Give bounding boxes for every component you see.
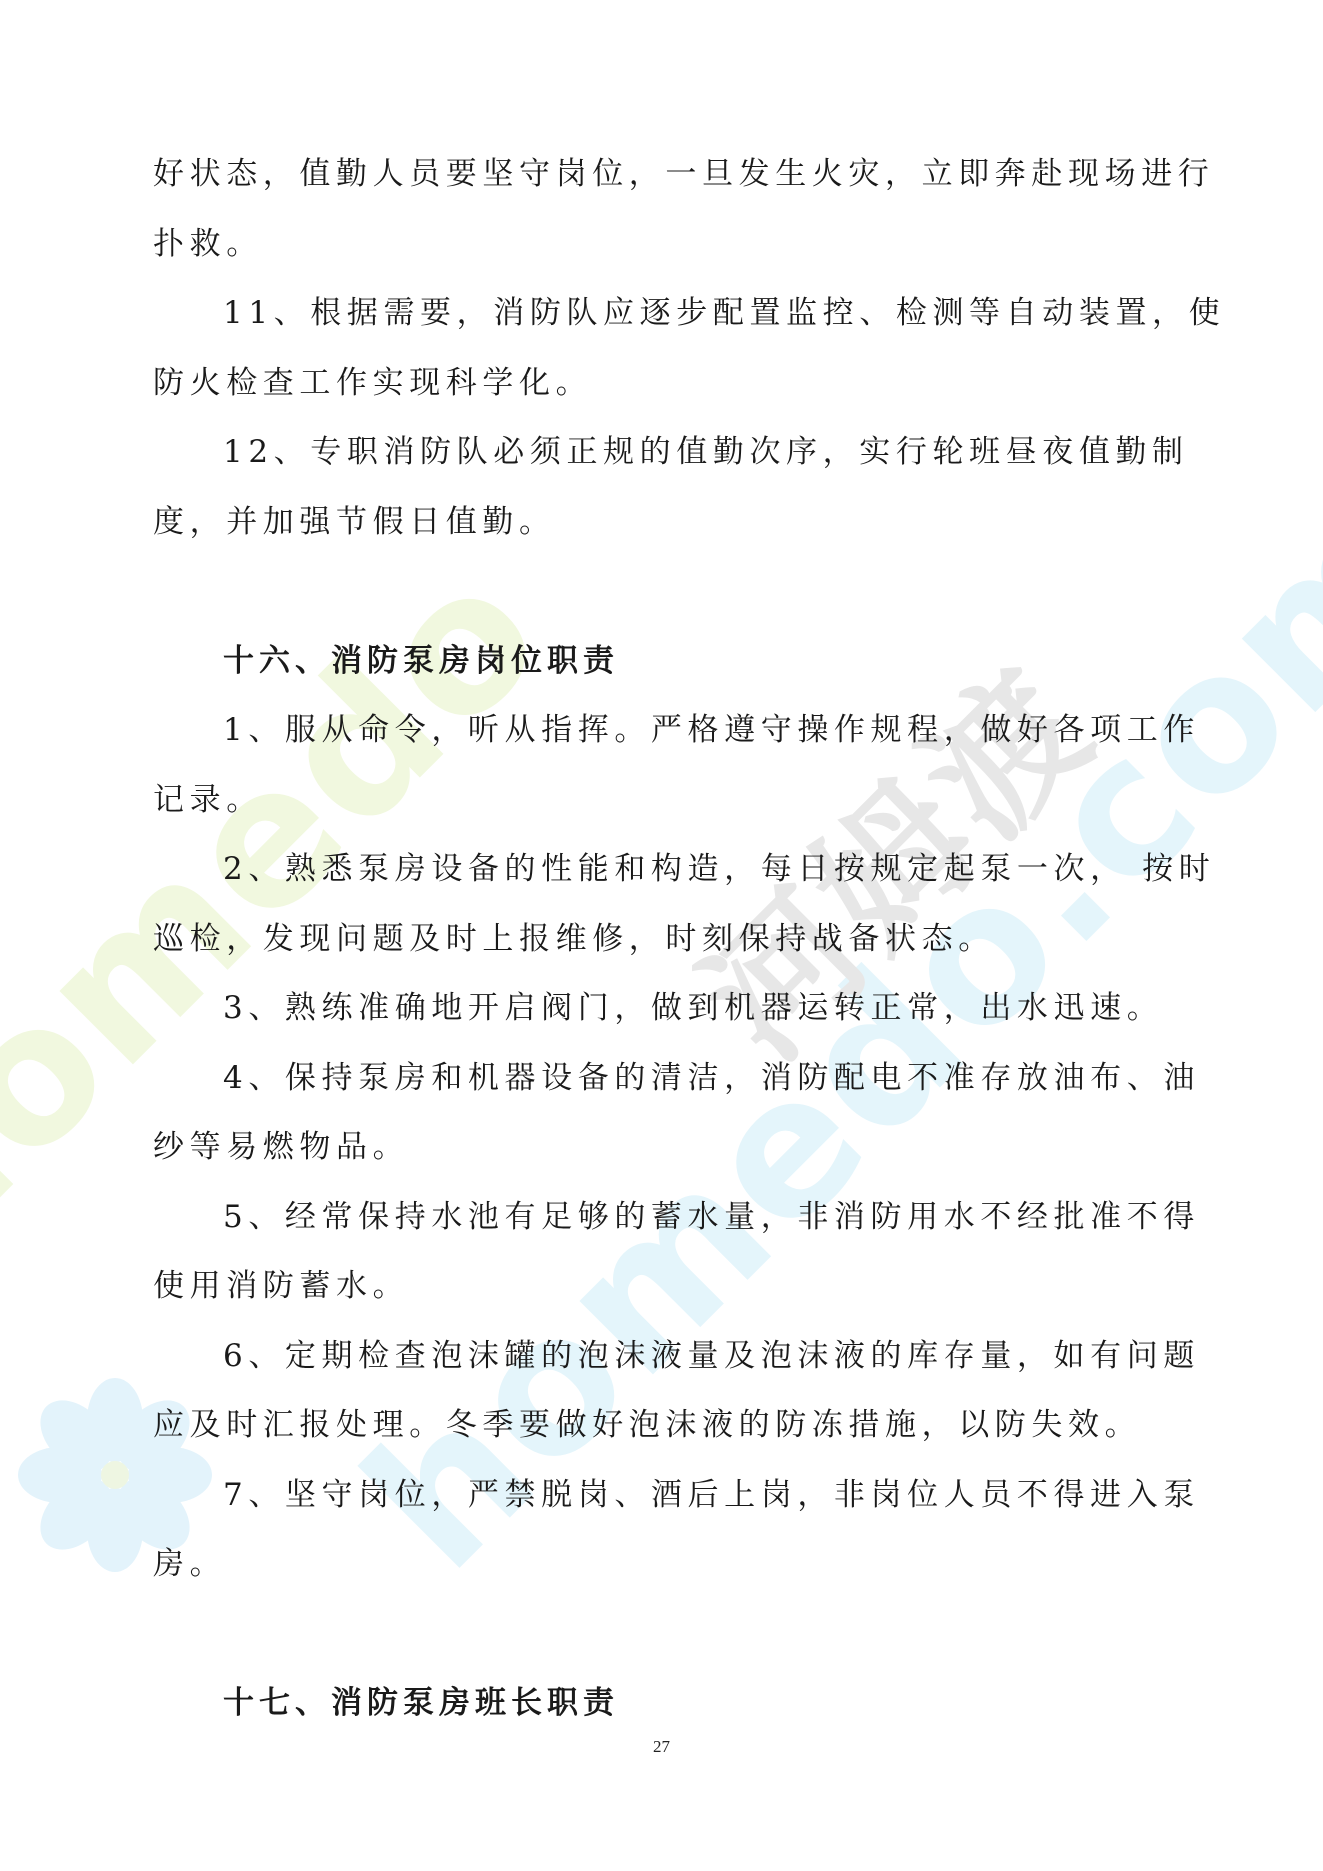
list-item-5-line-2: 使用消防蓄水。 <box>153 1266 409 1306</box>
list-item-11-line-1: 11、根据需要，消防队应逐步配置监控、检测等自动装置，使 <box>223 293 1225 333</box>
list-item-7-line-2: 房。 <box>153 1544 226 1584</box>
list-item-2-line-1: 2、熟悉泵房设备的性能和构造，每日按规定起泵一次， 按时 <box>223 849 1215 889</box>
page-number: 27 <box>0 1737 1323 1757</box>
list-item-5-line-1: 5、经常保持水池有足够的蓄水量，非消防用水不经批准不得 <box>223 1197 1200 1237</box>
list-item-6-line-1: 6、定期检查泡沫罐的泡沫液量及泡沫液的库存量，如有问题 <box>223 1336 1200 1376</box>
paragraph-line: 扑救。 <box>153 224 263 264</box>
list-item-7-line-1: 7、坚守岗位，严禁脱岗、酒后上岗，非岗位人员不得进入泵 <box>223 1475 1200 1515</box>
paragraph-line: 好状态，值勤人员要坚守岗位，一旦发生火灾，立即奔赴现场进行 <box>153 154 1214 194</box>
list-item-2-line-2: 巡检，发现问题及时上报维修，时刻保持战备状态。 <box>153 919 995 959</box>
list-item-11-line-2: 防火检查工作实现科学化。 <box>153 363 592 403</box>
section-heading-16: 十六、消防泵房岗位职责 <box>223 641 619 681</box>
section-heading-17: 十七、消防泵房班长职责 <box>223 1683 619 1723</box>
list-item-4-line-2: 纱等易燃物品。 <box>153 1127 409 1167</box>
document-page: 好状态，值勤人员要坚守岗位，一旦发生火灾，立即奔赴现场进行 扑救。 11、根据需… <box>0 0 1323 1871</box>
list-item-6-line-2: 应及时汇报处理。冬季要做好泡沫液的防冻措施，以防失效。 <box>153 1405 1141 1445</box>
list-item-12-line-1: 12、专职消防队必须正规的值勤次序，实行轮班昼夜值勤制 <box>223 432 1189 472</box>
list-item-1-line-1: 1、服从命令，听从指挥。严格遵守操作规程，做好各项工作 <box>223 710 1200 750</box>
list-item-1-line-2: 记录。 <box>153 780 263 820</box>
list-item-3-line-1: 3、熟练准确地开启阀门，做到机器运转正常，出水迅速。 <box>223 988 1163 1028</box>
list-item-12-line-2: 度，并加强节假日值勤。 <box>153 502 556 542</box>
list-item-4-line-1: 4、保持泵房和机器设备的清洁，消防配电不准存放油布、油 <box>223 1058 1200 1098</box>
